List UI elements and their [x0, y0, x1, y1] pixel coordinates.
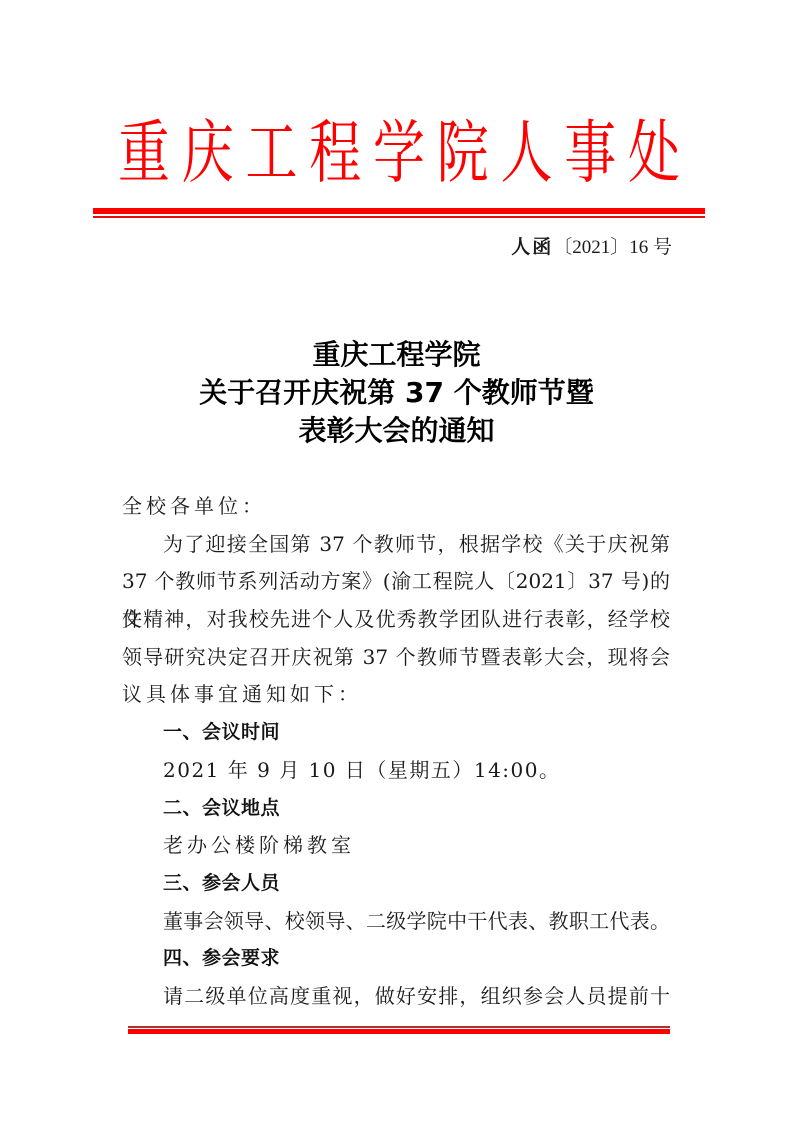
document-number: 人函〔2021〕16 号 [511, 232, 672, 259]
letterhead-rule-thick [93, 208, 705, 214]
letterhead-char: 程 [309, 106, 359, 201]
title-line-1: 重庆工程学院 [0, 336, 793, 374]
section-heading-attendees: 三、参会人员 [122, 865, 670, 903]
section-content-requirements: 请二级单位高度重视，做好安排，组织参会人员提前十 [122, 978, 670, 1016]
letterhead-rule-thin [93, 216, 705, 218]
doc-number-serial: 16 号 [629, 237, 672, 258]
intro-line: 37 个教师节系列活动方案》(渝工程院人〔2021〕37 号)的文 [122, 563, 670, 601]
letterhead-char: 人 [501, 106, 551, 201]
document-body: 全校各单位： 为了迎接全国第 37 个教师节，根据学校《关于庆祝第 37 个教师… [122, 488, 670, 1016]
section-heading-time: 一、会议时间 [122, 714, 670, 752]
document-page: 重 庆 工 程 学 院 人 事 处 人函〔2021〕16 号 重庆工程学院 关于… [0, 0, 793, 1122]
title-line-2: 关于召开庆祝第 37 个教师节暨 [0, 374, 793, 412]
section-heading-location: 二、会议地点 [122, 790, 670, 828]
document-title: 重庆工程学院 关于召开庆祝第 37 个教师节暨 表彰大会的通知 [0, 336, 793, 450]
intro-line: 件精神，对我校先进个人及优秀教学团队进行表彰，经学校 [122, 601, 670, 639]
doc-number-prefix: 人函 [511, 236, 553, 258]
salutation: 全校各单位： [122, 488, 670, 526]
footer-rule-thick [128, 1029, 670, 1034]
letterhead-char: 工 [246, 106, 296, 201]
section-content-time: 2021 年 9 月 10 日（星期五）14:00。 [122, 752, 670, 790]
section-content-location: 老办公楼阶梯教室 [122, 827, 670, 865]
letterhead-char: 重 [118, 106, 168, 201]
letterhead-char: 事 [564, 106, 614, 201]
footer-rule-thin [128, 1026, 670, 1028]
section-content-attendees: 董事会领导、校领导、二级学院中干代表、教职工代表。 [122, 903, 670, 941]
letterhead-char: 院 [437, 106, 487, 201]
letterhead-char: 庆 [182, 106, 232, 201]
letterhead-char: 处 [628, 106, 678, 201]
doc-number-year: 〔2021〕 [553, 237, 629, 258]
section-heading-requirements: 四、参会要求 [122, 940, 670, 978]
letterhead-title: 重 庆 工 程 学 院 人 事 处 [118, 118, 678, 190]
title-line-3: 表彰大会的通知 [0, 412, 793, 450]
intro-line: 为了迎接全国第 37 个教师节，根据学校《关于庆祝第 [122, 526, 670, 564]
letterhead-char: 学 [373, 106, 423, 201]
intro-line: 领导研究决定召开庆祝第 37 个教师节暨表彰大会，现将会 [122, 639, 670, 677]
intro-line: 议具体事宜通知如下： [122, 676, 670, 714]
